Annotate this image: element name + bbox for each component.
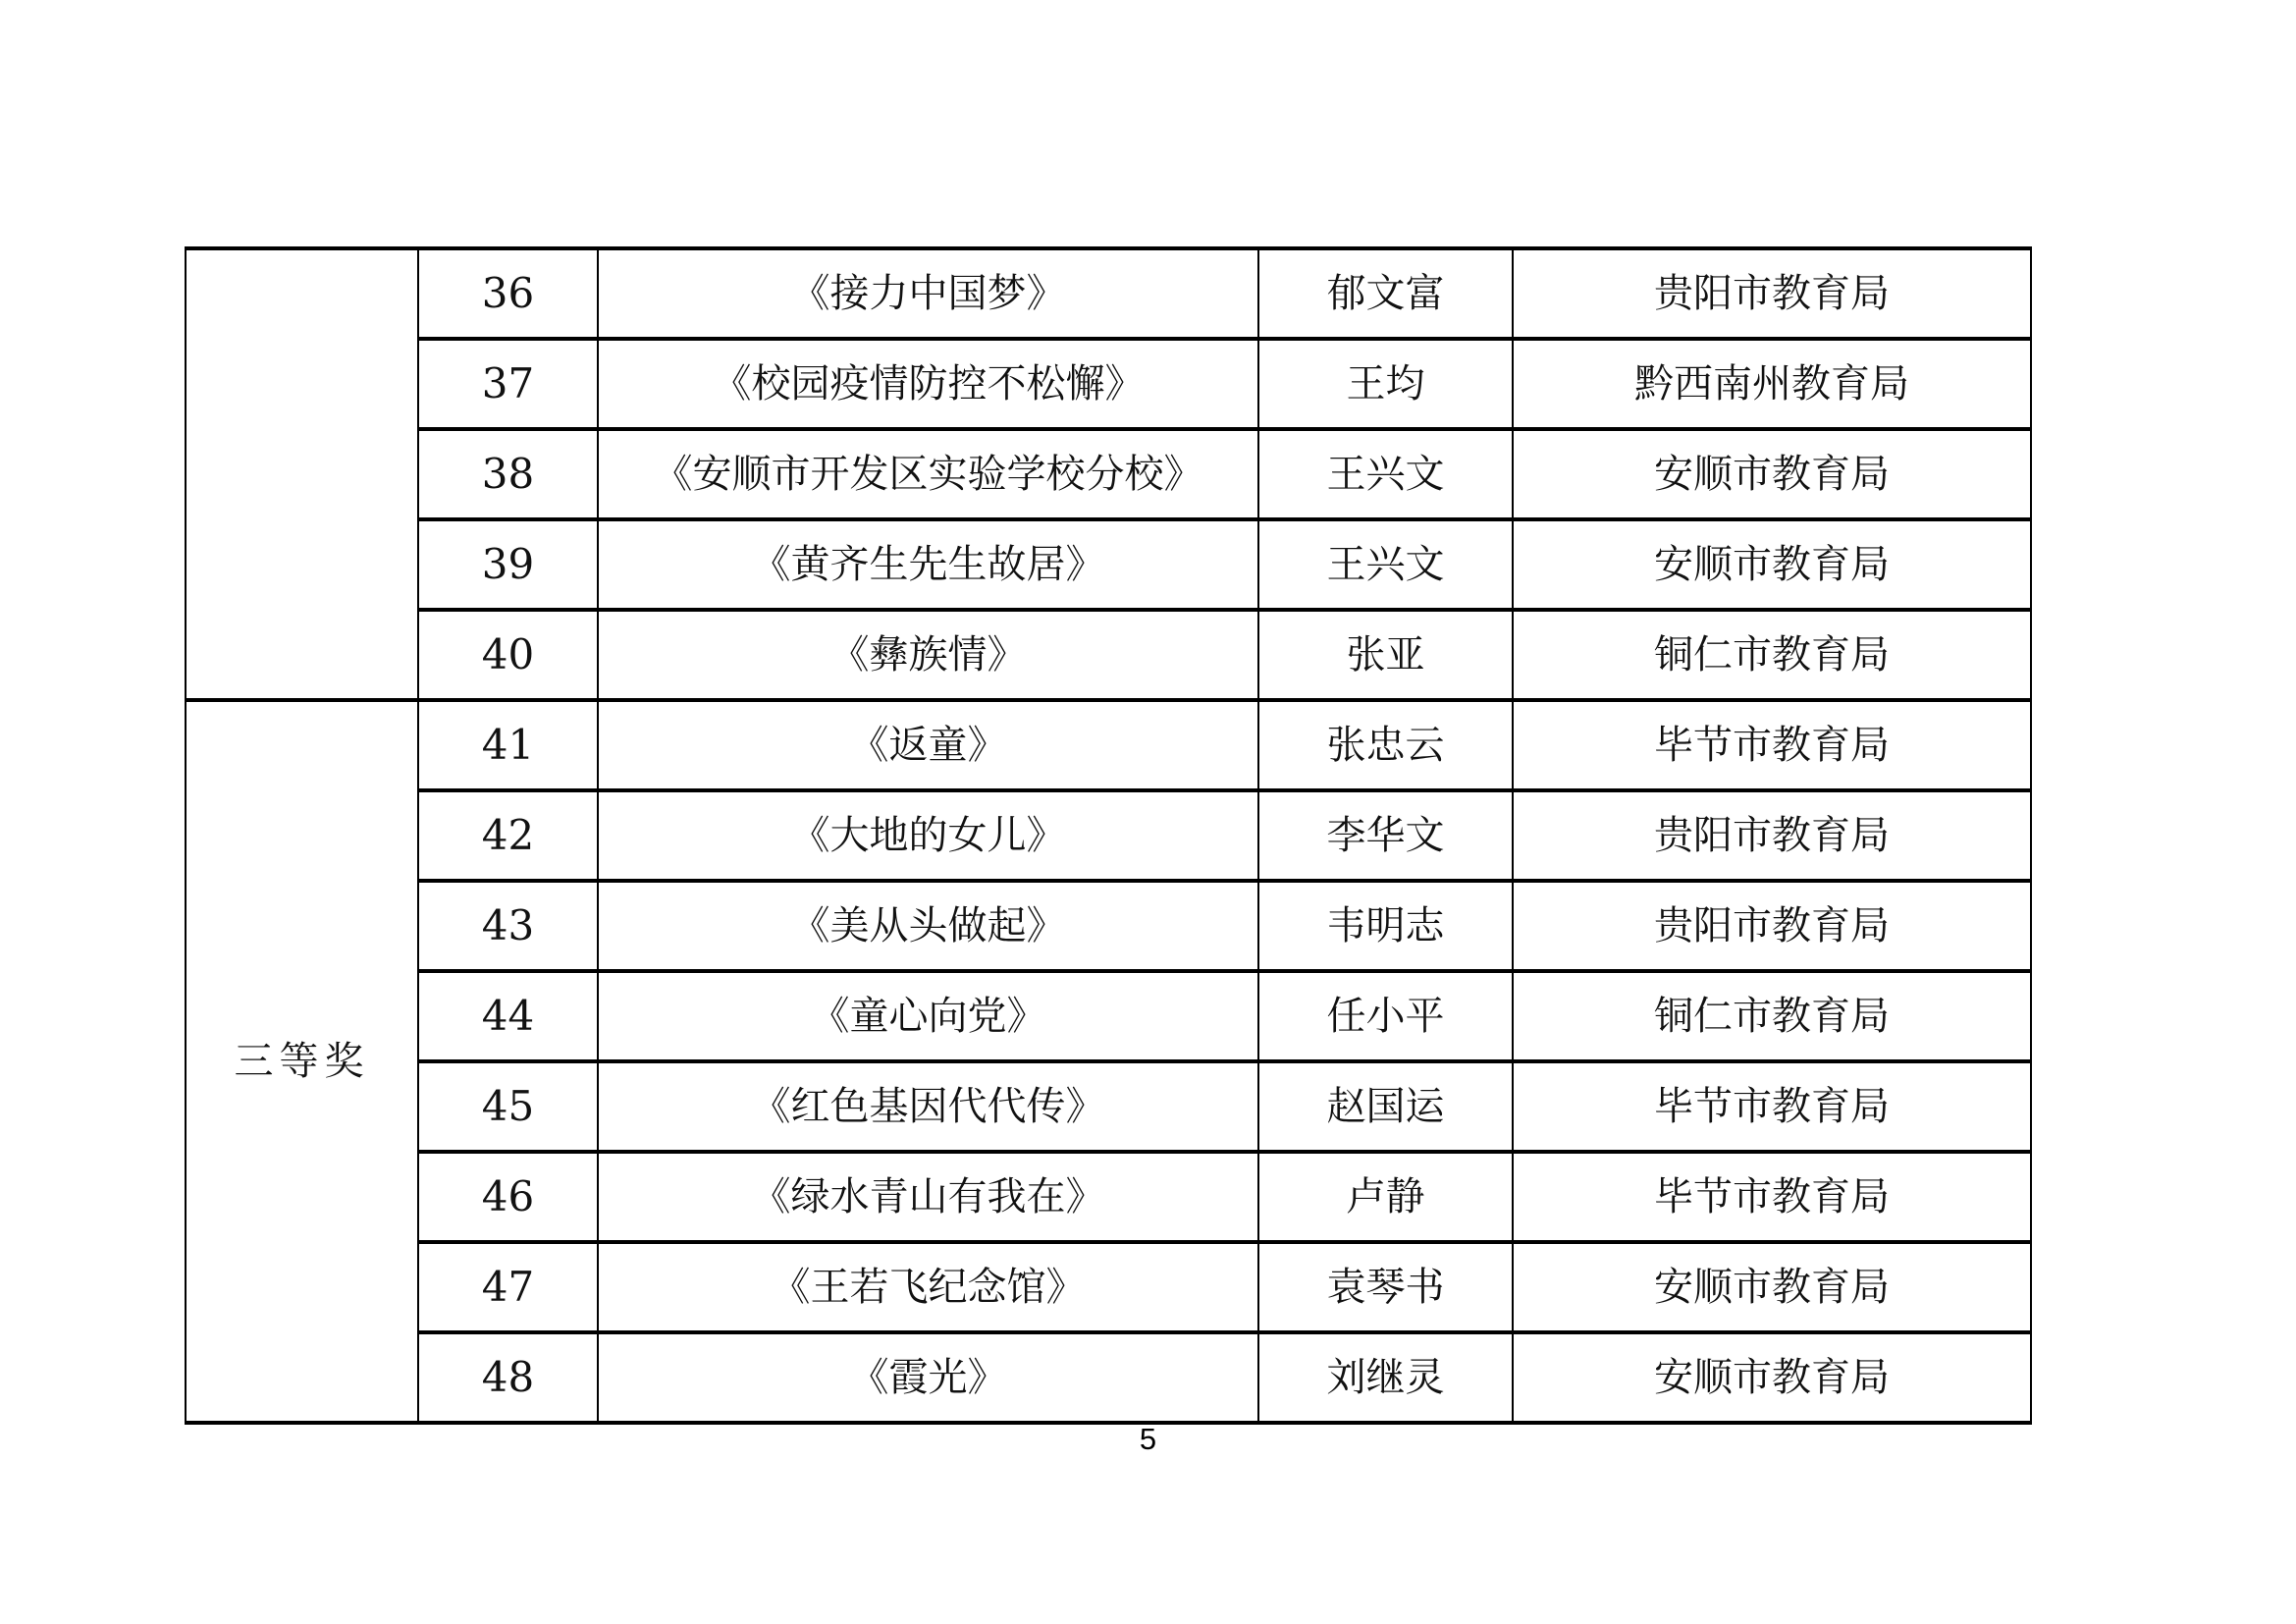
row-index-cell: 44 (418, 971, 598, 1061)
work-title-cell: 《童心向党》 (598, 971, 1258, 1061)
table-row: 47《王若飞纪念馆》袁琴书安顺市教育局 (186, 1242, 2031, 1332)
table-row: 36《接力中国梦》郁文富贵阳市教育局 (186, 248, 2031, 339)
organization-cell: 毕节市教育局 (1513, 1152, 2031, 1242)
table-row: 37《校园疫情防控不松懈》王均黔西南州教育局 (186, 339, 2031, 429)
organization-cell: 贵阳市教育局 (1513, 790, 2031, 881)
organization-cell: 铜仁市教育局 (1513, 610, 2031, 700)
table-row: 39《黄齐生先生故居》王兴文安顺市教育局 (186, 519, 2031, 610)
awards-table: 36《接力中国梦》郁文富贵阳市教育局37《校园疫情防控不松懈》王均黔西南州教育局… (185, 246, 2032, 1425)
author-cell: 郁文富 (1258, 248, 1513, 339)
row-index-cell: 40 (418, 610, 598, 700)
table-row: 42《大地的女儿》李华文贵阳市教育局 (186, 790, 2031, 881)
work-title-cell: 《黄齐生先生故居》 (598, 519, 1258, 610)
page-number: 5 (0, 1422, 2296, 1457)
author-cell: 王均 (1258, 339, 1513, 429)
work-title-cell: 《安顺市开发区实验学校分校》 (598, 429, 1258, 519)
table-row: 43《美从头做起》韦明志贵阳市教育局 (186, 881, 2031, 971)
organization-cell: 安顺市教育局 (1513, 429, 2031, 519)
document-page: 36《接力中国梦》郁文富贵阳市教育局37《校园疫情防控不松懈》王均黔西南州教育局… (0, 0, 2296, 1624)
award-group-cell (186, 248, 418, 700)
work-title-cell: 《霞光》 (598, 1332, 1258, 1423)
work-title-cell: 《红色基因代代传》 (598, 1061, 1258, 1152)
organization-cell: 安顺市教育局 (1513, 1242, 2031, 1332)
organization-cell: 黔西南州教育局 (1513, 339, 2031, 429)
organization-cell: 铜仁市教育局 (1513, 971, 2031, 1061)
table-row: 40《彝族情》张亚铜仁市教育局 (186, 610, 2031, 700)
row-index-cell: 47 (418, 1242, 598, 1332)
organization-cell: 贵阳市教育局 (1513, 248, 2031, 339)
work-title-cell: 《王若飞纪念馆》 (598, 1242, 1258, 1332)
organization-cell: 毕节市教育局 (1513, 700, 2031, 790)
work-title-cell: 《返童》 (598, 700, 1258, 790)
awards-table-container: 36《接力中国梦》郁文富贵阳市教育局37《校园疫情防控不松懈》王均黔西南州教育局… (185, 246, 2032, 1425)
work-title-cell: 《绿水青山有我在》 (598, 1152, 1258, 1242)
author-cell: 韦明志 (1258, 881, 1513, 971)
author-cell: 刘继灵 (1258, 1332, 1513, 1423)
author-cell: 张亚 (1258, 610, 1513, 700)
author-cell: 张忠云 (1258, 700, 1513, 790)
organization-cell: 安顺市教育局 (1513, 519, 2031, 610)
row-index-cell: 38 (418, 429, 598, 519)
table-row: 48《霞光》刘继灵安顺市教育局 (186, 1332, 2031, 1423)
row-index-cell: 42 (418, 790, 598, 881)
author-cell: 王兴文 (1258, 519, 1513, 610)
row-index-cell: 37 (418, 339, 598, 429)
row-index-cell: 39 (418, 519, 598, 610)
work-title-cell: 《彝族情》 (598, 610, 1258, 700)
work-title-cell: 《校园疫情防控不松懈》 (598, 339, 1258, 429)
author-cell: 袁琴书 (1258, 1242, 1513, 1332)
work-title-cell: 《接力中国梦》 (598, 248, 1258, 339)
table-row: 46《绿水青山有我在》卢静毕节市教育局 (186, 1152, 2031, 1242)
row-index-cell: 36 (418, 248, 598, 339)
author-cell: 任小平 (1258, 971, 1513, 1061)
row-index-cell: 48 (418, 1332, 598, 1423)
work-title-cell: 《大地的女儿》 (598, 790, 1258, 881)
row-index-cell: 45 (418, 1061, 598, 1152)
author-cell: 赵国运 (1258, 1061, 1513, 1152)
organization-cell: 毕节市教育局 (1513, 1061, 2031, 1152)
row-index-cell: 46 (418, 1152, 598, 1242)
author-cell: 李华文 (1258, 790, 1513, 881)
table-row: 44《童心向党》任小平铜仁市教育局 (186, 971, 2031, 1061)
organization-cell: 安顺市教育局 (1513, 1332, 2031, 1423)
table-row: 45《红色基因代代传》赵国运毕节市教育局 (186, 1061, 2031, 1152)
row-index-cell: 43 (418, 881, 598, 971)
author-cell: 卢静 (1258, 1152, 1513, 1242)
organization-cell: 贵阳市教育局 (1513, 881, 2031, 971)
award-group-cell: 三等奖 (186, 700, 418, 1423)
work-title-cell: 《美从头做起》 (598, 881, 1258, 971)
table-row: 三等奖41《返童》张忠云毕节市教育局 (186, 700, 2031, 790)
author-cell: 王兴文 (1258, 429, 1513, 519)
table-row: 38《安顺市开发区实验学校分校》王兴文安顺市教育局 (186, 429, 2031, 519)
row-index-cell: 41 (418, 700, 598, 790)
